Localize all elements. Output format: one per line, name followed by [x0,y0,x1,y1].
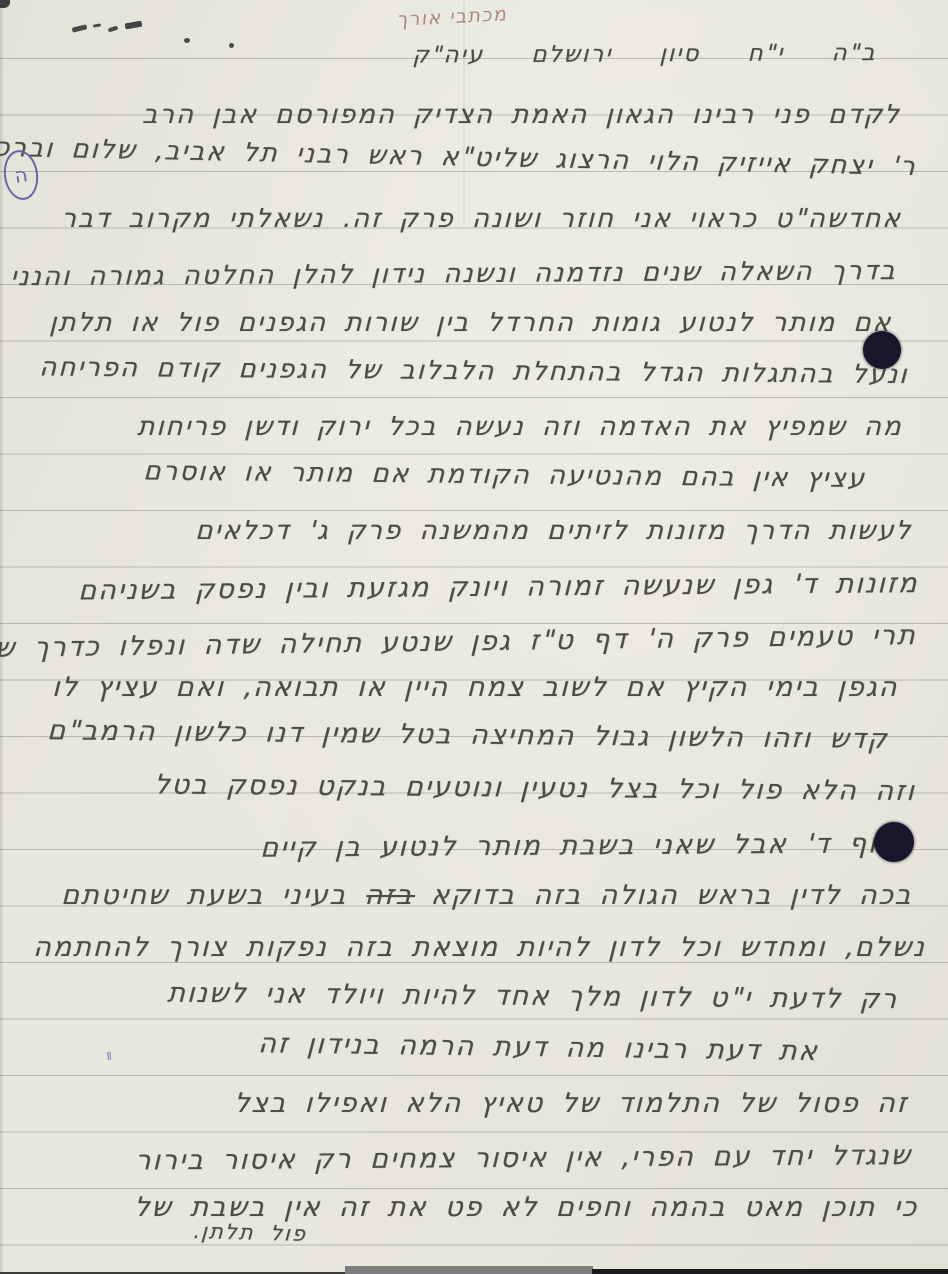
handwritten-line: שנגדל יחד עם הפרי, אין איסור צמחים רק אי… [134,1140,918,1176]
handwritten-line: לעשות הדרך מזונות לזיתים מהמשנה פרק ג' ד… [193,516,917,546]
ink-smudge [125,21,143,30]
closing-words: פול תלתן. [190,1219,311,1246]
corner-mark [0,0,10,8]
strikethrough-word: בזה [362,880,418,911]
handwritten-line: עציץ אין בהם מהנטיעה הקודמת אם מותר או א… [142,456,872,493]
pencil-annotation: מכתבי אורך [397,3,509,31]
handwritten-line: הגפן בימי הקיץ אם לשוב צמח היין או תבואה… [50,672,904,703]
handwritten-line: אחדשה"ט כראוי אני חוזר ושונה פרק זה. נשא… [60,204,908,234]
scan-edge-bottom-gray [345,1266,593,1274]
handwritten-line: כי תוכן מאט בהמה וחפים לא פט את זה אין ב… [132,1192,924,1223]
purple-margin-mark: וו [105,1046,111,1064]
handwritten-line: קדש וזהו הלשון גבול המחיצה בטל שמין דנו … [45,715,894,755]
handwritten-line: נשלם, ומחדש וכל לדון להיות מוצאת בזה נפק… [31,932,931,963]
handwritten-line-with-strikethrough: בכה לדין בראש הגולה בזה בדוקא בזה בעיני … [59,880,918,911]
handwritten-line: מזונות ד' גפן שנעשה זמורה ויונק מגזעת וב… [76,568,924,606]
hole-punch-top [863,331,901,369]
handwritten-line: זה פסול של התלמוד של טאיץ הלא ואפילו בצל [232,1088,914,1119]
strike-post-text: בעיני בשעת שחיטתם [59,880,370,911]
ink-dot [229,43,234,48]
strike-pre-text: בכה לדין בראש הגולה בזה בדוקא [411,880,918,911]
hole-punch-bottom [874,822,914,862]
date-header-line: ב"ה י"ח סיון ירושלם עיה"ק [411,40,881,68]
circled-letter: ה [13,162,29,188]
ink-smudge [93,23,101,27]
ink-dot [184,38,190,43]
handwritten-line: לקדם פני רבינו הגאון האמת הצדיק המפורסם … [140,100,906,130]
handwritten-line: וזה הלא פול וכל בצל נטעין ונוטעים בנקט נ… [152,769,922,807]
scanned-letter-page: מכתבי אורך ב"ה י"ח סיון ירושלם עיה"ק לקד… [0,0,948,1274]
handwritten-line: תרי טעמים פרק ה' דף ט"ז גפן שנטע תחילה ש… [0,620,922,665]
handwritten-line: ר' יצחק אייזיק הלוי הרצוג שליט"א ראש רבנ… [0,132,922,182]
handwritten-line: רק לדעת י"ט לדון מלך אחד להיות ויולד אני… [165,978,904,1015]
ink-smudge [72,24,88,32]
handwritten-line: את דעת רבינו מה דעת הרמה בנידון זה [256,1028,825,1067]
handwritten-line: אם מותר לנטוע גומות החרדל בין שורות הגפנ… [48,308,898,338]
handwritten-line: בדרך השאלה שנים נזדמנה ונשנה נידון להלן … [8,256,902,292]
handwritten-line: בסוף ד' אבל שאני בשבת מותר לנטוע בן קיים [258,828,920,864]
scan-edge-bottom-black [592,1269,948,1274]
handwritten-line: ונעל בהתגלות הגדל בהתחלת הלבלוב של הגפני… [37,352,914,390]
handwritten-line: מה שמפיץ את האדמה וזה נעשה בכל ירוק ודשן… [135,412,908,442]
ink-smudge [108,26,119,33]
